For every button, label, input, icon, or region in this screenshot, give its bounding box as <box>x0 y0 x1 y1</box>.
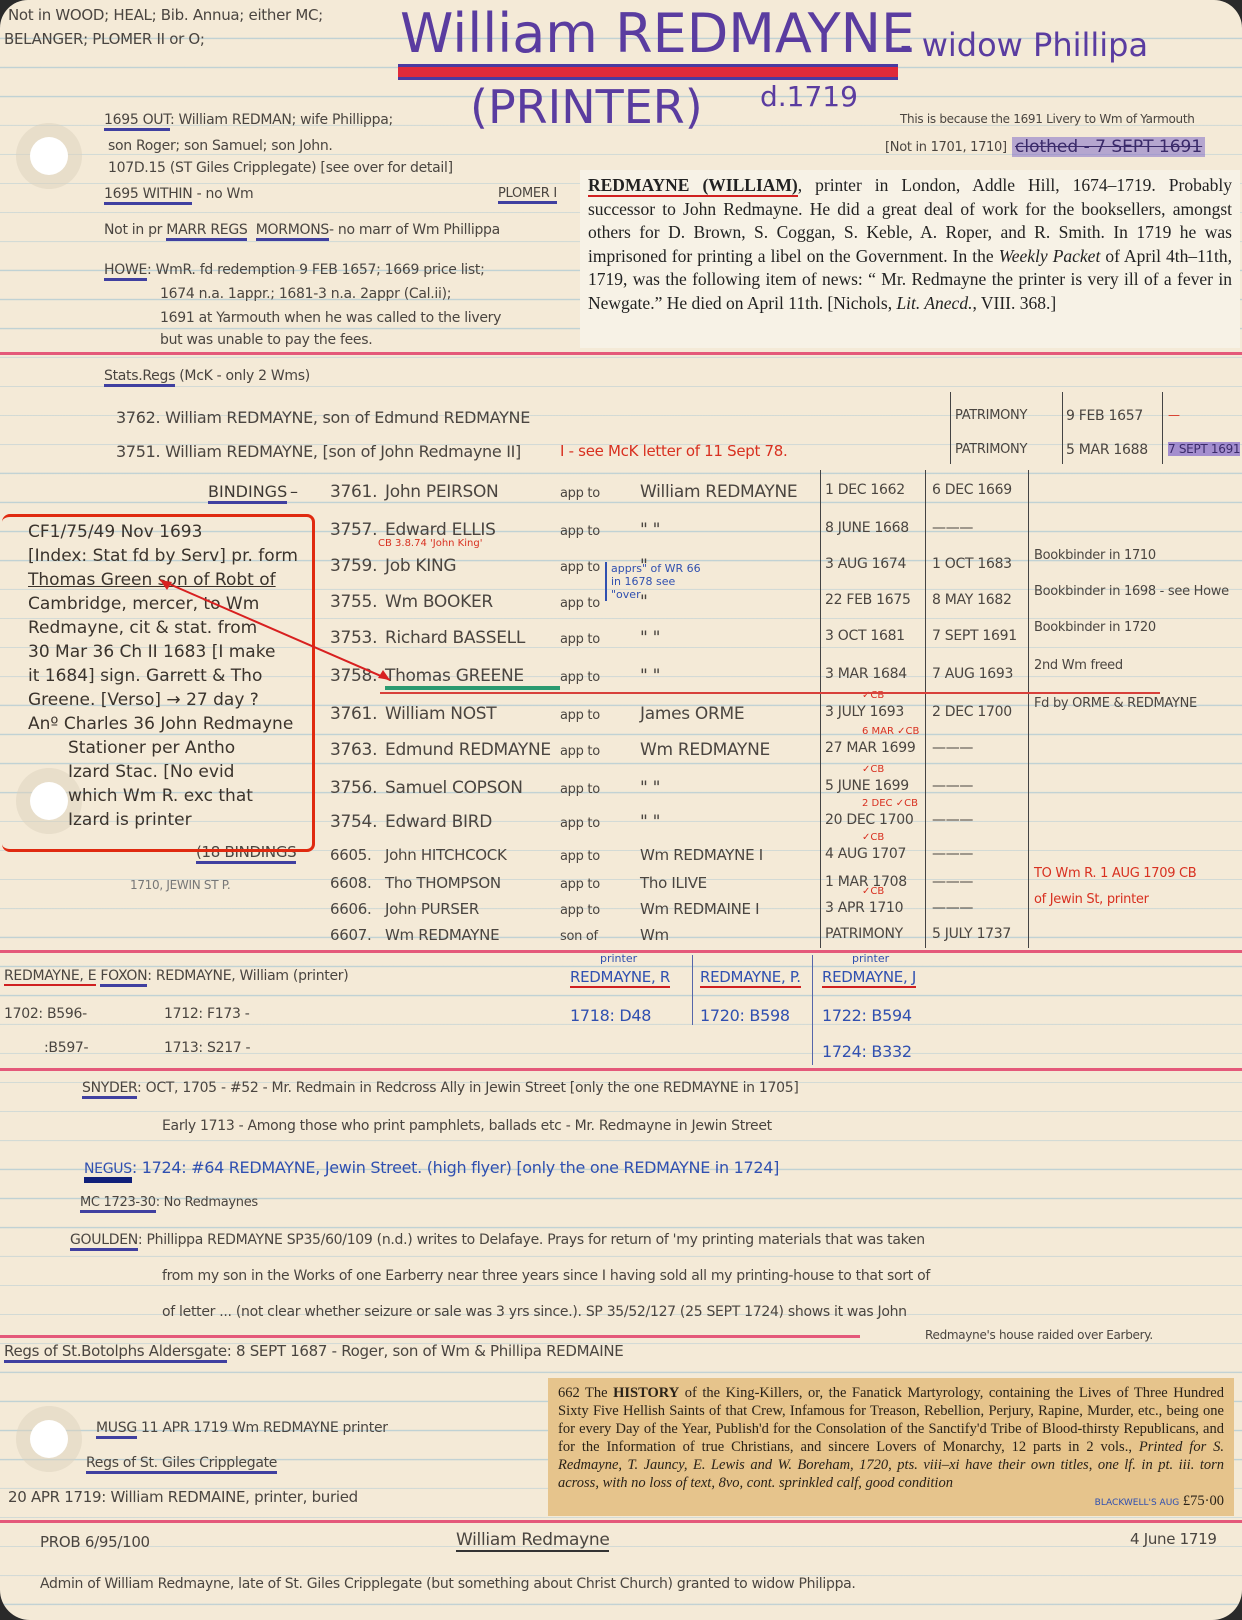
stats-reg-type: PATRIMONY <box>955 442 1027 457</box>
title-widow: - widow Phillipa <box>900 26 1148 64</box>
catalogue-source: BLACKWELL'S AUG <box>1095 1498 1180 1508</box>
binding-row: 3757.Edward ELLISapp to" " <box>330 520 660 540</box>
st-giles-heading: Regs of St. Giles Cripplegate <box>86 1455 277 1474</box>
section-divider <box>0 1068 1242 1071</box>
punch-hole <box>30 137 68 175</box>
foxon-col-name: REDMAYNE, R <box>570 968 670 988</box>
binding-date-bound: 3 JULY 1693 <box>825 704 904 720</box>
title-occupation: (PRINTER) <box>470 80 703 134</box>
binding-row: 3761.John PEIRSONapp toWilliam REDMAYNE <box>330 482 797 502</box>
cb-check-mark: ✓CB <box>862 886 884 897</box>
out-1695-line3: 107D.15 (ST Giles Cripplegate) [see over… <box>108 160 453 176</box>
cb-check-mark: ✓CB <box>862 832 884 843</box>
binding-note: of Jewin St, printer <box>1034 892 1149 907</box>
foxon-col-over: printer <box>600 952 637 965</box>
title-name: William REDMAYNE <box>400 2 915 65</box>
section-divider <box>0 1335 860 1338</box>
binding-date-freed: 6 DEC 1669 <box>932 482 1012 498</box>
stats-reg-date: 5 MAR 1688 <box>1066 442 1148 458</box>
livery-note: This is because the 1691 Livery to Wm of… <box>900 112 1195 126</box>
binding-date-bound: PATRIMONY <box>825 926 903 942</box>
binding-row: 6605.John HITCHCOCKapp toWm REDMAYNE I <box>330 846 763 864</box>
foxon-heading: REDMAYNE, E FOXON: REDMAYNE, William (pr… <box>4 968 348 984</box>
prob-admin-text: Admin of William Redmayne, late of St. G… <box>40 1576 856 1592</box>
howe-line3: 1691 at Yarmouth when he was called to t… <box>160 310 501 326</box>
howe-line2: 1674 n.a. 1appr.; 1681-3 n.a. 2appr (Cal… <box>160 286 451 302</box>
negus-row: NEGUS: 1724: #64 REDMAYNE, Jewin Street.… <box>84 1158 779 1177</box>
cb-check-mark: 6 MAR ✓CB <box>862 726 919 737</box>
foxon-col-entry: 1722: B594 <box>822 1006 912 1025</box>
binding-date-bound: 8 JUNE 1668 <box>825 520 909 536</box>
binding-row: 6606.John PURSERapp toWm REDMAINE I <box>330 900 759 918</box>
stats-reg-red-note: I - see McK letter of 11 Sept 78. <box>560 442 788 460</box>
stats-reg-date: 9 FEB 1657 <box>1066 408 1143 424</box>
index-card: Not in WOOD; HEAL; Bib. Annua; either MC… <box>0 0 1242 1620</box>
foxon-col-name: REDMAYNE, P. <box>700 968 801 988</box>
snyder-line2: Early 1713 - Among those who print pamph… <box>162 1118 772 1134</box>
snyder-row: SNYDER: OCT, 1705 - #52 - Mr. Redmain in… <box>82 1080 798 1096</box>
greene-note-line: [Index: Stat fd by Serv] pr. form <box>28 546 298 566</box>
binding-note: Bookbinder in 1720 <box>1034 620 1156 635</box>
st-giles-burial: 20 APR 1719: William REDMAINE, printer, … <box>8 1488 358 1506</box>
stats-reg-type: PATRIMONY <box>955 408 1027 423</box>
howe-line4: but was unable to pay the fees. <box>160 332 372 348</box>
binding-date-freed: ——— <box>932 812 973 828</box>
stats-reg-entry: 3751. William REDMAYNE, [son of John Red… <box>116 442 521 461</box>
binding-row: 3756.Samuel COPSONapp to" " <box>330 778 660 798</box>
binding-date-bound: 3 AUG 1674 <box>825 556 906 572</box>
stats-regs-heading: Stats.Regs (McK - only 2 Wms) <box>104 368 310 384</box>
prob-date: 4 June 1719 <box>1130 1530 1217 1548</box>
greene-note-line: CF1/75/49 Nov 1693 <box>28 522 202 542</box>
binding-date-bound: 3 APR 1710 <box>825 900 903 916</box>
link-arrow-icon <box>150 570 400 690</box>
binding-note: TO Wm R. 1 AUG 1709 CB <box>1034 866 1196 881</box>
binding-date-freed: 5 JULY 1737 <box>932 926 1011 942</box>
binding-date-bound: 5 JUNE 1699 <box>825 778 909 794</box>
greene-note-line: Stationer per Antho <box>68 738 235 758</box>
binding-note: 2nd Wm freed <box>1034 658 1123 673</box>
binding-date-freed: 7 AUG 1693 <box>932 666 1013 682</box>
binding-date-bound: 20 DEC 1700 <box>825 812 913 828</box>
howe-row: HOWE: WmR. fd redemption 9 FEB 1657; 166… <box>104 262 485 278</box>
binding-date-freed: 7 SEPT 1691 <box>932 628 1017 644</box>
prob-name: William Redmayne <box>456 1530 609 1552</box>
plomer-dictionary-clipping: REDMAYNE (WILLIAM), printer in London, A… <box>580 170 1240 348</box>
binding-date-bound: 3 OCT 1681 <box>825 628 905 644</box>
binding-row: 3754.Edward BIRDapp to" " <box>330 812 660 832</box>
clothed-note: clothed - 7 SEPT 1691 <box>1012 137 1205 157</box>
goulden-line2: from my son in the Works of one Earberry… <box>162 1268 930 1284</box>
binding-date-freed: ——— <box>932 778 973 794</box>
section-divider <box>0 352 1242 355</box>
greene-note-line: Izard Stac. [No evid <box>68 762 234 782</box>
binding-date-freed: 2 DEC 1700 <box>932 704 1012 720</box>
binding-date-freed: ——— <box>932 874 973 890</box>
plomer-ref: PLOMER I <box>498 186 557 204</box>
binding-date-freed: ——— <box>932 846 973 862</box>
greene-note-line: Greene. [Verso] → 27 day ? <box>28 690 259 710</box>
binding-row: 6608.Tho THOMPSONapp toTho ILIVE <box>330 874 707 892</box>
binding-date-freed: 1 OCT 1683 <box>932 556 1012 572</box>
goulden-row: GOULDEN: Phillippa REDMAYNE SP35/60/109 … <box>70 1232 925 1248</box>
binding-date-freed: ——— <box>932 900 973 916</box>
jewin-st-note: 1710, JEWIN ST P. <box>130 878 230 892</box>
stats-reg-entry: 3762. William REDMAYNE, son of Edmund RE… <box>116 408 530 427</box>
goulden-line3: of letter ... (not clear whether seizure… <box>162 1304 907 1320</box>
binding-note: Bookbinder in 1698 - see Howe <box>1034 584 1229 599</box>
appr-brace-note: apprs" of WR 66 in 1678 see "over <box>605 562 706 601</box>
binding-date-freed: ——— <box>932 740 973 756</box>
foxon-col-name: REDMAYNE, J <box>822 968 916 988</box>
booksellers-catalogue-clipping: 662 The HISTORY of the King-Killers, or,… <box>548 1378 1234 1516</box>
prob-ref: PROB 6/95/100 <box>40 1533 150 1551</box>
binding-row: 3763.Edmund REDMAYNEapp toWm REDMAYNE <box>330 740 770 760</box>
foxon-entry: 1713: S217 - <box>164 1040 250 1056</box>
foxon-col-entry: 1718: D48 <box>570 1006 651 1025</box>
binding-date-bound: 22 FEB 1675 <box>825 592 911 608</box>
binding-date-freed: ——— <box>932 520 973 536</box>
cb-check-mark: ✓CB <box>862 764 884 775</box>
plomer-heading: REDMAYNE (WILLIAM) <box>588 175 798 197</box>
binding-date-freed: 8 MAY 1682 <box>932 592 1012 608</box>
greene-note-line: Anº Charles 36 John Redmayne <box>28 714 293 734</box>
foxon-col-entry: 1720: B598 <box>700 1006 790 1025</box>
catalogue-price: £75·00 <box>1183 1493 1224 1509</box>
greene-row-rule <box>380 692 1160 694</box>
punch-hole <box>30 1420 68 1458</box>
cb-check-mark: 2 DEC ✓CB <box>862 798 918 809</box>
out-1695-row: 1695 OUT: William REDMAN; wife Phillippa… <box>104 112 393 128</box>
foxon-col-entry: 1724: B332 <box>822 1042 912 1061</box>
foxon-col-over: printer <box>852 952 889 965</box>
sources-checked-note-2: BELANGER; PLOMER II or O; <box>4 30 205 48</box>
not-in-note: [Not in 1701, 1710] <box>885 140 1007 155</box>
binding-row: 3761.William NOSTapp toJames ORME <box>330 704 744 724</box>
binding-note: Bookbinder in 1710 <box>1034 548 1156 563</box>
stats-reg-extra: 7 SEPT 1691 <box>1168 442 1240 456</box>
binding-date-bound: 1 DEC 1662 <box>825 482 905 498</box>
binding-row: 6607.Wm REDMAYNEson ofWm <box>330 926 669 944</box>
binding-date-bound: 4 AUG 1707 <box>825 846 906 862</box>
binding-note: Fd by ORME & REDMAYNE <box>1034 696 1197 711</box>
stats-reg-extra: — <box>1168 408 1180 422</box>
musg-row: MUSG 11 APR 1719 Wm REDMAYNE printer <box>96 1420 388 1436</box>
greene-note-line: Izard is printer <box>68 810 192 830</box>
binding-date-bound: 27 MAR 1699 <box>825 740 915 756</box>
within-1695-row: 1695 WITHIN - no Wm <box>104 186 253 202</box>
mc-row: MC 1723-30: No Redmaynes <box>80 1195 258 1210</box>
foxon-entry: :B597- <box>44 1040 88 1056</box>
foxon-entry: 1702: B596- <box>4 1006 87 1022</box>
marr-regs-row: Not in pr MARR REGS MORMONS- no marr of … <box>104 222 500 238</box>
sources-checked-note: Not in WOOD; HEAL; Bib. Annua; either MC… <box>8 6 323 24</box>
title-underline <box>398 64 898 80</box>
botolph-row: Regs of St.Botolphs Aldersgate: 8 SEPT 1… <box>4 1342 623 1360</box>
greene-note-line: which Wm R. exc that <box>68 786 253 806</box>
cb-king-note: CB 3.8.74 'John King' <box>378 538 482 549</box>
title-death-date: d.1719 <box>760 80 858 113</box>
section-divider <box>0 1520 1242 1523</box>
bindings-label: BINDINGS <box>208 482 287 504</box>
goulden-line4: Redmayne's house raided over Earbery. <box>925 1328 1153 1342</box>
foxon-entry: 1712: F173 - <box>164 1006 249 1022</box>
binding-date-bound: 3 MAR 1684 <box>825 666 907 682</box>
out-1695-line2: son Roger; son Samuel; son John. <box>108 138 333 154</box>
out-1695-label: 1695 OUT <box>104 112 170 131</box>
